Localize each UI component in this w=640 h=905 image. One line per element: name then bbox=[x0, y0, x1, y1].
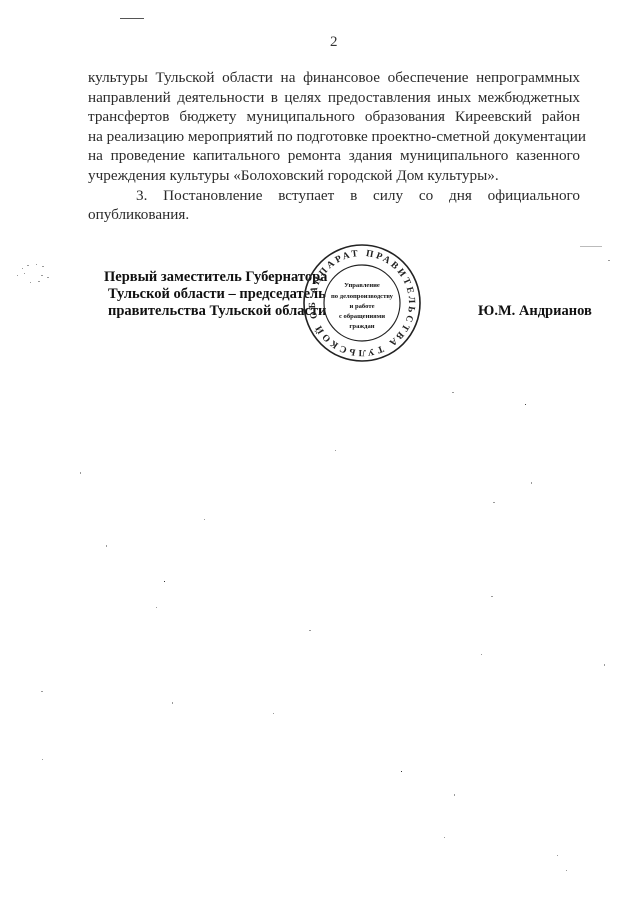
scan-speck bbox=[557, 855, 558, 856]
scan-speck bbox=[30, 282, 31, 283]
scan-speck bbox=[204, 519, 205, 520]
stamp-inner-line: по делопроизводству bbox=[331, 293, 394, 300]
scan-speck bbox=[525, 404, 526, 405]
document-body: культуры Тульской области на финансовое … bbox=[88, 68, 580, 225]
scan-speck bbox=[604, 664, 605, 666]
paragraph-3: 3. Постановление вступает в силу со дня … bbox=[88, 186, 580, 225]
scan-speck bbox=[401, 771, 402, 772]
position-line: правительства Тульской области bbox=[104, 303, 327, 320]
scan-speck bbox=[580, 246, 602, 247]
scan-speck bbox=[47, 277, 49, 278]
scan-speck bbox=[454, 794, 455, 796]
official-stamp-icon: АППАРАТ ПРАВИТЕЛЬСТВА ТУЛЬСКОЙ ОБЛАСТИ У… bbox=[302, 243, 422, 363]
body-line: учреждения культуры «Болоховский городск… bbox=[88, 166, 580, 186]
scan-speck bbox=[41, 691, 43, 692]
scan-speck bbox=[608, 260, 610, 261]
body-line: трансфертов бюджету муниципального образ… bbox=[88, 107, 580, 127]
stamp-inner-line: Управление bbox=[344, 282, 380, 289]
svg-text:АППАРАТ ПРАВИТЕЛЬСТВА ТУЛЬСКОЙ: АППАРАТ ПРАВИТЕЛЬСТВА ТУЛЬСКОЙ ОБЛАСТИ bbox=[302, 243, 416, 357]
position-line: Тульской области – председатель bbox=[104, 286, 327, 303]
page-number: 2 bbox=[330, 34, 338, 51]
scan-speck bbox=[106, 545, 107, 547]
position-line: Первый заместитель Губернатора bbox=[104, 269, 327, 286]
scan-speck bbox=[17, 275, 18, 276]
stamp-inner-line: с обращениями bbox=[339, 313, 385, 320]
stamp-inner-line: граждан bbox=[349, 323, 374, 330]
scan-speck bbox=[80, 472, 81, 474]
scan-speck bbox=[335, 450, 336, 451]
scan-speck bbox=[452, 392, 454, 393]
scan-speck bbox=[36, 264, 37, 265]
scan-speck bbox=[22, 268, 23, 269]
stamp-outer-text: АППАРАТ ПРАВИТЕЛЬСТВА ТУЛЬСКОЙ ОБЛАСТИ bbox=[302, 243, 416, 357]
scan-speck bbox=[481, 654, 482, 655]
scan-speck bbox=[27, 265, 29, 266]
scan-speck bbox=[42, 759, 43, 760]
body-line: культуры Тульской области на финансовое … bbox=[88, 68, 580, 88]
scan-speck bbox=[42, 266, 44, 267]
scan-speck bbox=[38, 281, 40, 282]
body-line: на проведение капитального ремонта здани… bbox=[88, 146, 580, 166]
body-line: направлений деятельности в целях предост… bbox=[88, 88, 580, 108]
scan-speck bbox=[531, 482, 532, 484]
signatory-position: Первый заместитель Губернатора Тульской … bbox=[104, 269, 327, 320]
scan-speck bbox=[273, 713, 274, 714]
scan-speck bbox=[491, 596, 493, 597]
scan-speck bbox=[156, 607, 157, 608]
signer-name: Ю.М. Андрианов bbox=[478, 303, 592, 320]
scan-speck bbox=[309, 630, 311, 631]
paragraph-continuation: культуры Тульской области на финансовое … bbox=[88, 68, 580, 186]
scan-speck bbox=[172, 702, 173, 704]
scan-speck bbox=[41, 275, 43, 276]
stamp-inner-line: и работе bbox=[350, 303, 375, 310]
scan-artifact-dash bbox=[120, 18, 144, 19]
scan-speck bbox=[444, 837, 445, 838]
scan-speck bbox=[493, 502, 495, 503]
body-line: на реализацию мероприятий по подготовке … bbox=[88, 127, 580, 147]
scan-speck bbox=[164, 581, 165, 582]
scan-speck bbox=[24, 273, 25, 274]
scan-speck bbox=[566, 870, 567, 871]
